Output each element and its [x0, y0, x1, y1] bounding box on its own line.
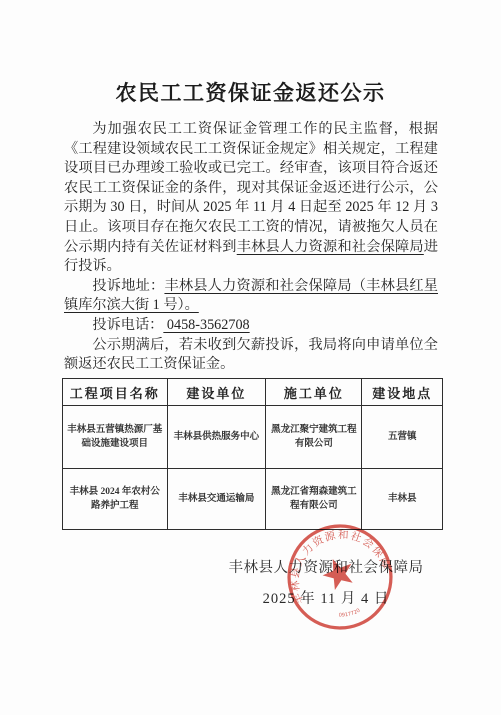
paragraph: 投诉电话： 0458-3562708	[64, 316, 438, 336]
signature-date: 2025 年 11 月 4 日	[181, 587, 471, 608]
table-cell: 丰林县交通运输局	[167, 469, 266, 530]
page-title: 农民工工资保证金返还公示	[0, 77, 501, 107]
table-header-cell: 建设单位	[167, 379, 266, 406]
table-header-cell: 建设地点	[362, 379, 443, 406]
table-cell: 丰林县供热服务中心	[167, 406, 266, 469]
body-paragraphs: 为加强农民工工资保证金管理工作的民主监督，根据《工程建设领域农民工工资保证金规定…	[64, 120, 438, 375]
table-body: 丰林县五营镇热源厂基础设施建设项目丰林县供热服务中心黑龙江聚宁建筑工程有限公司五…	[63, 406, 443, 530]
table-cell: 丰林县 2024 年农村公路养护工程	[63, 469, 168, 530]
text-run: 公示期满后，若未收到欠薪投诉，我局将向申请单位全额返还农民工工资保证金。	[64, 337, 438, 373]
table-cell: 丰林县	[362, 469, 443, 530]
table-row: 丰林县 2024 年农村公路养护工程丰林县交通运输局黑龙江省翔森建筑工程有限公司…	[63, 469, 443, 530]
table-cell: 黑龙江聚宁建筑工程有限公司	[266, 406, 362, 469]
table-cell: 黑龙江省翔森建筑工程有限公司	[266, 469, 362, 530]
table-row: 丰林县五营镇热源厂基础设施建设项目丰林县供热服务中心黑龙江聚宁建筑工程有限公司五…	[63, 406, 443, 469]
underlined-text: 0458-3562708	[163, 317, 249, 333]
notice-page: 农民工工资保证金返还公示 为加强农民工工资保证金管理工作的民主监督，根据《工程建…	[0, 0, 501, 715]
table-header-row: 工程项目名称建设单位施工单位建设地点	[63, 379, 443, 406]
table-header-cell: 工程项目名称	[63, 379, 168, 406]
underlined-text: 丰林县人力资源和社会保障局	[237, 239, 424, 255]
table-header-cell: 施工单位	[266, 379, 362, 406]
signature-org: 丰林县人力资源和社会保障局	[181, 556, 471, 577]
paragraph: 为加强农民工工资保证金管理工作的民主监督，根据《工程建设领域农民工工资保证金规定…	[64, 120, 438, 277]
table-cell: 丰林县五营镇热源厂基础设施建设项目	[63, 406, 168, 469]
text-run: 为加强农民工工资保证金管理工作的民主监督，根据《工程建设领域农民工工资保证金规定…	[64, 121, 438, 255]
text-run: 投诉电话：	[92, 317, 163, 333]
signature-block: 丰林县人力资源和社会保障局 2025 年 11 月 4 日	[181, 556, 471, 608]
text-run: 投诉地址：	[92, 278, 164, 294]
paragraph: 投诉地址：丰林县人力资源和社会保障局（丰林县红星镇库尔滨大街 1 号）。	[64, 277, 438, 316]
paragraph: 公示期满后，若未收到欠薪投诉，我局将向申请单位全额返还农民工工资保证金。	[64, 336, 438, 375]
table-cell: 五营镇	[362, 406, 443, 469]
projects-table: 工程项目名称建设单位施工单位建设地点 丰林县五营镇热源厂基础设施建设项目丰林县供…	[62, 378, 443, 530]
